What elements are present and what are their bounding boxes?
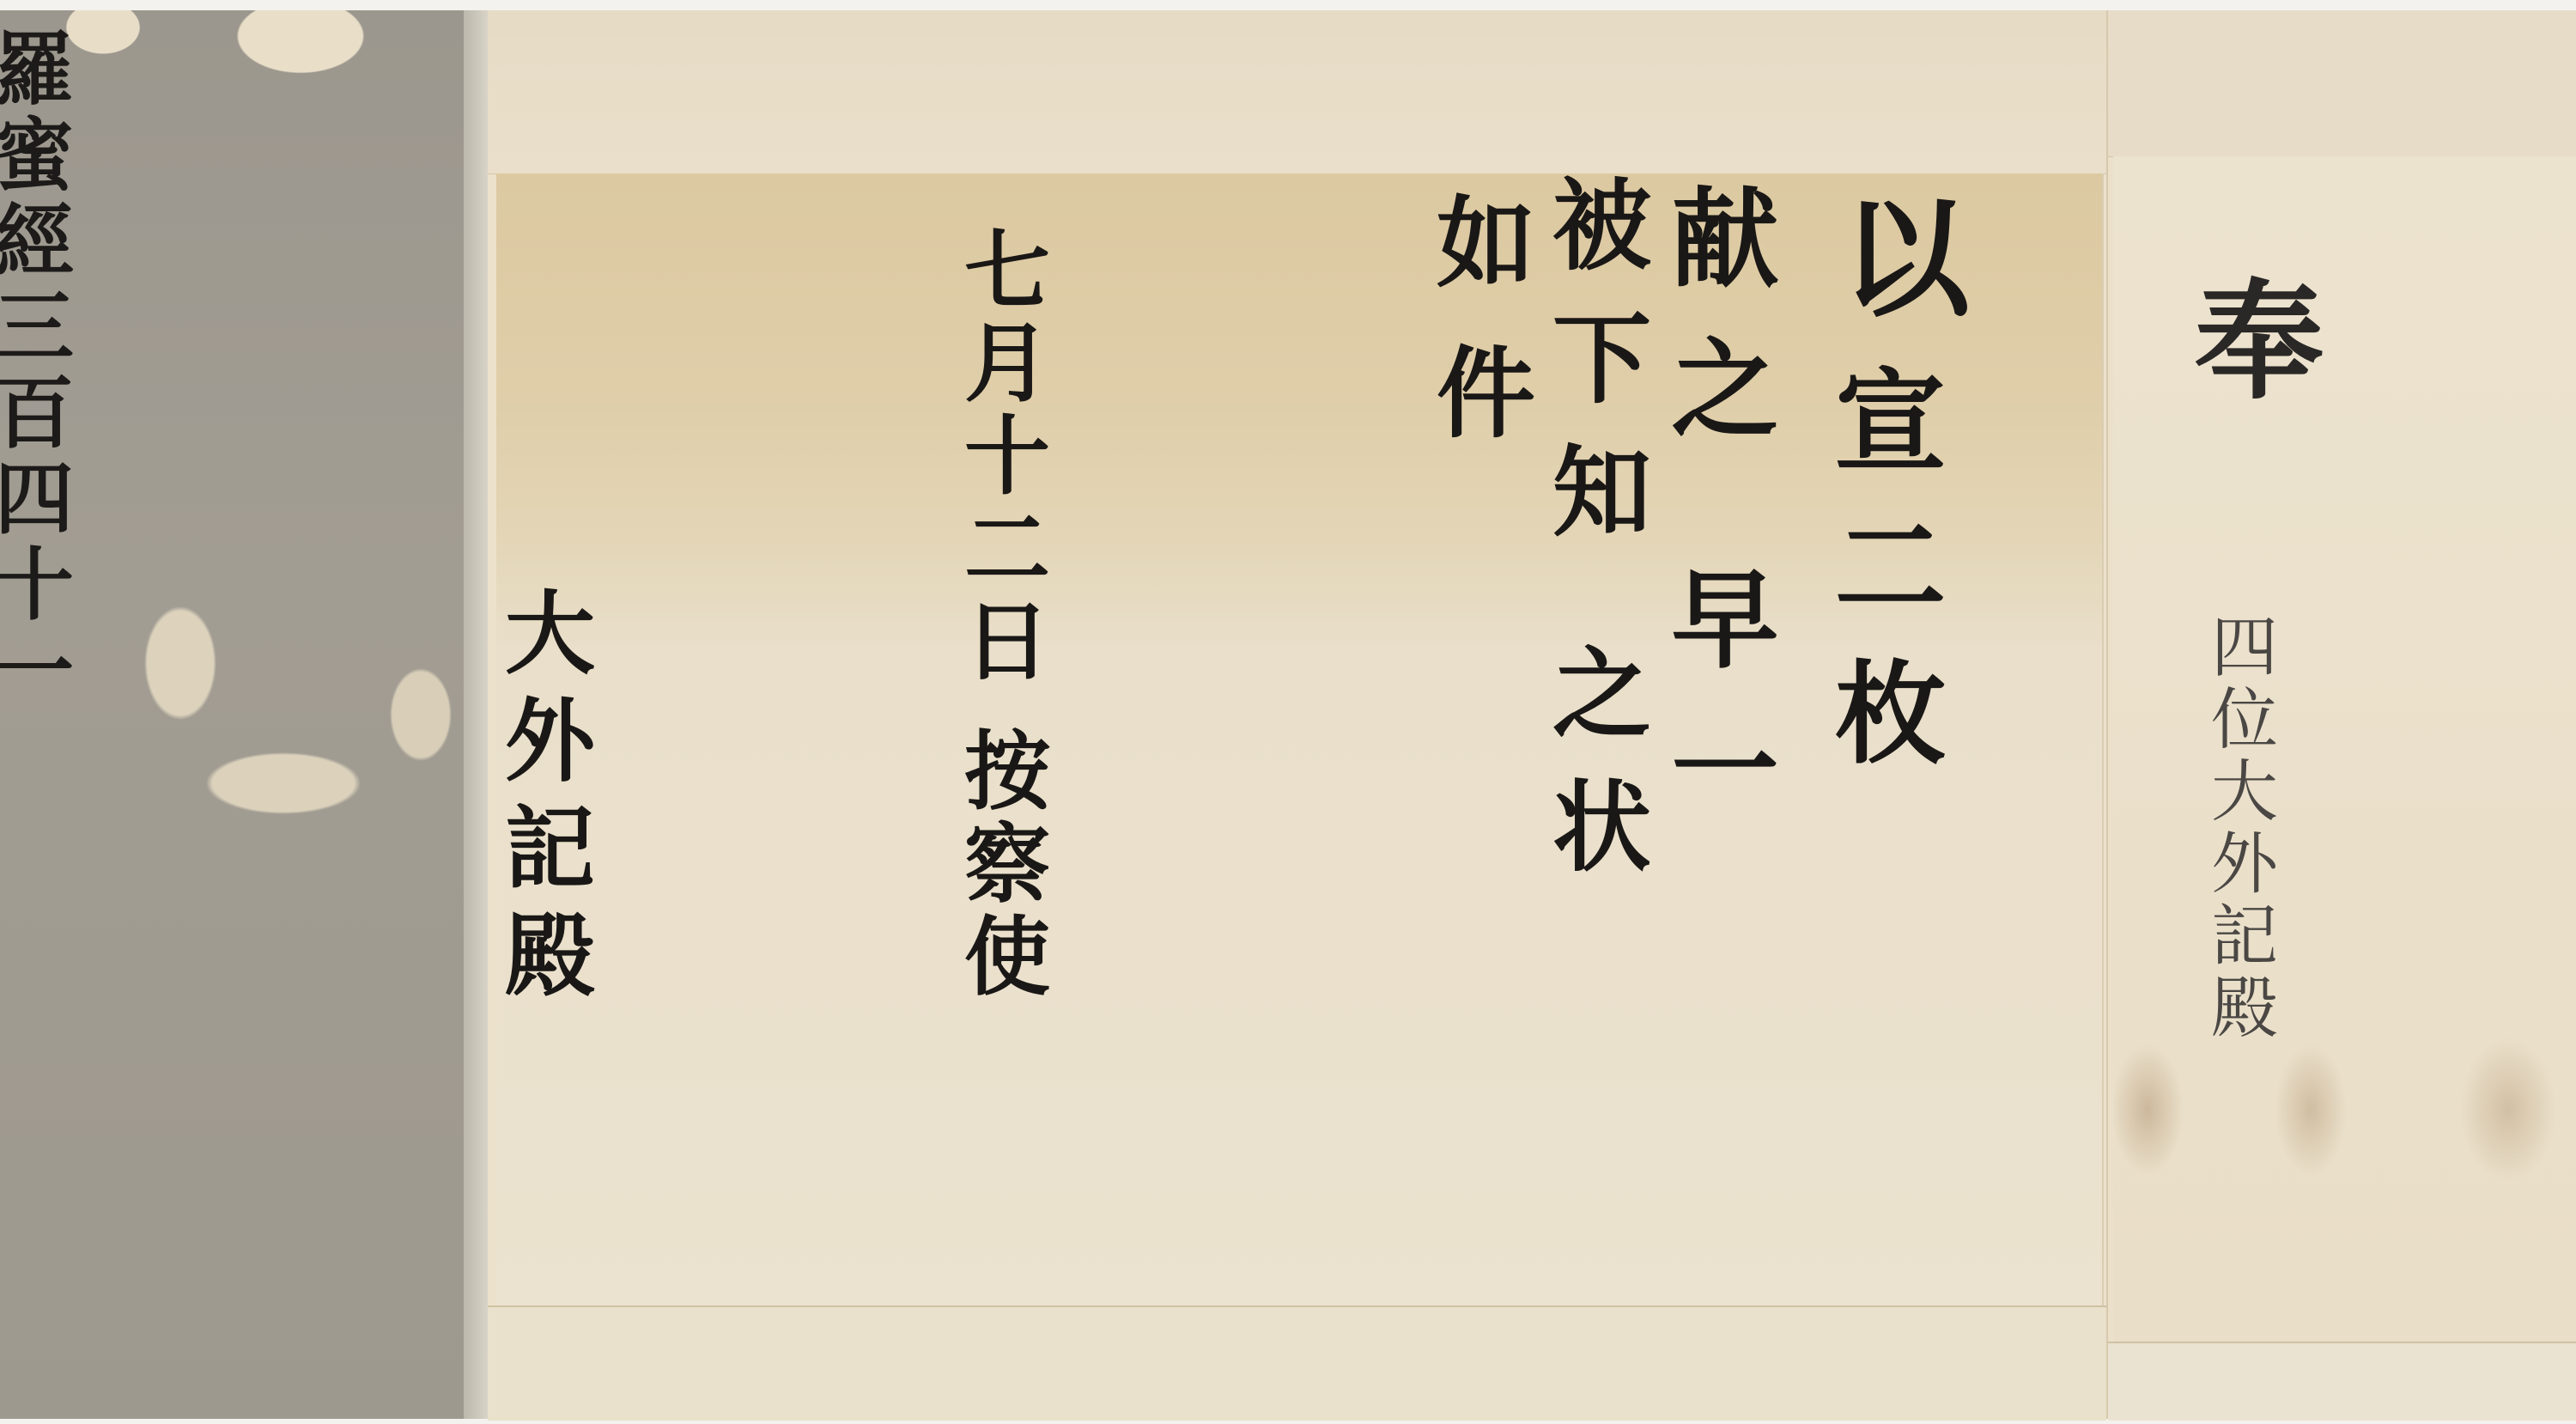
wrapper-heading: 奉	[2195, 238, 2324, 423]
letter-sheet: 以 宣二枚 献之 早一 被下知 之状 如件 七月十二日 按察使 大外記殿	[496, 173, 2104, 1305]
center-letter-panel: 以 宣二枚 献之 早一 被下知 之状 如件 七月十二日 按察使 大外記殿	[488, 10, 2106, 1419]
letter-column-6-date-signature: 七月十二日 按察使	[939, 225, 1062, 1004]
document-scroll: 羅蜜經三百四十一 以 宣二枚 献之 早一 被下知 之状 如件 七月十二日 按察使…	[0, 10, 2576, 1419]
letter-column-1: 以	[1801, 191, 1987, 335]
left-panel-gray-sheet: 羅蜜經三百四十一	[0, 10, 488, 1419]
letter-column-2: 宣二枚	[1801, 362, 1962, 800]
letter-column-7-addressee: 大外記殿	[479, 586, 609, 1015]
right-top-backing-strip	[2108, 10, 2576, 157]
right-wrapper-panel: 奉 四位大外記殿	[2106, 10, 2576, 1419]
left-panel-partial-text: 羅蜜經三百四十一	[0, 27, 67, 1402]
top-backing-strip	[488, 10, 2106, 174]
right-bottom-backing-strip	[2108, 1342, 2576, 1421]
wrapper-sheet: 奉 四位大外記殿	[2113, 156, 2576, 1342]
wrapper-address: 四位大外記殿	[2190, 612, 2287, 1044]
bottom-backing-strip	[488, 1305, 2106, 1421]
letter-column-5: 如件	[1406, 191, 1548, 491]
